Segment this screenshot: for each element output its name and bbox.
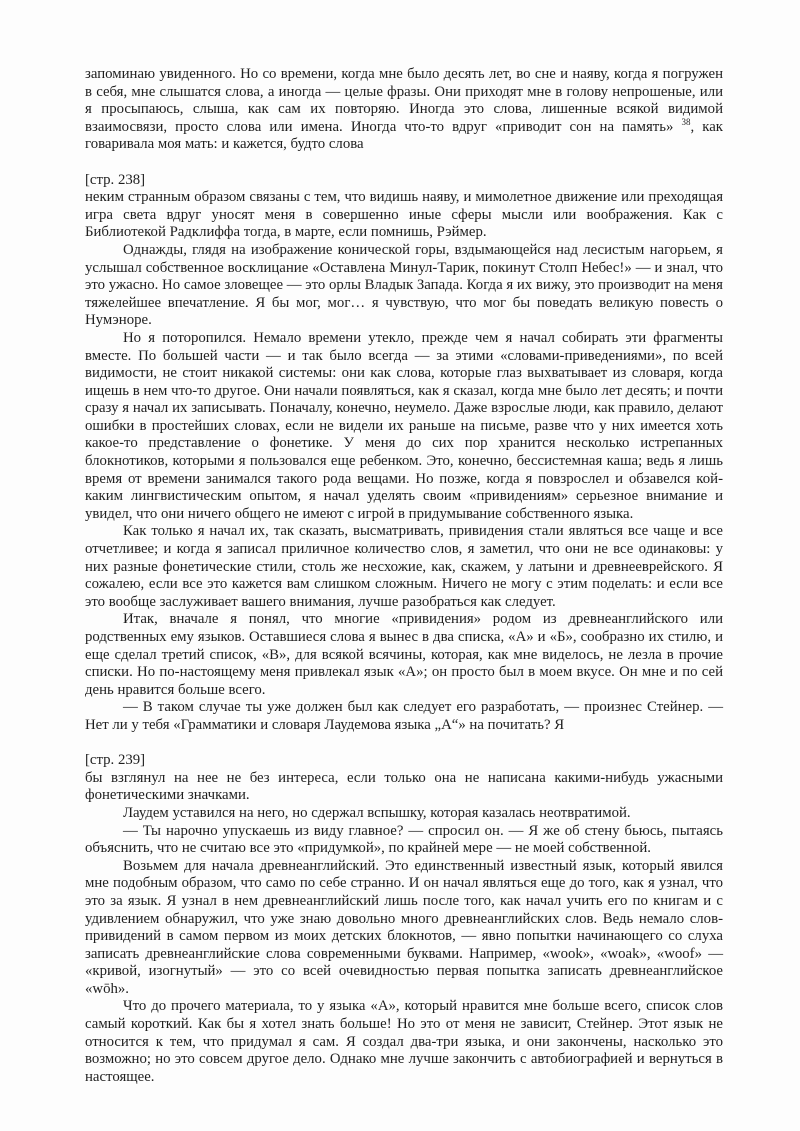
page-marker: [стр. 238]: [85, 172, 723, 190]
text-run: бы взглянул на нее не без интереса, если…: [85, 770, 723, 804]
paragraph: — Ты нарочно упускаешь из виду главное? …: [85, 823, 723, 858]
page-marker: [стр. 239]: [85, 752, 723, 770]
paragraph: Но я поторопился. Немало времени утекло,…: [85, 330, 723, 524]
text-run: Но я поторопился. Немало времени утекло,…: [85, 330, 723, 522]
paragraph: Как только я начал их, так сказать, высм…: [85, 523, 723, 611]
text-run: Лаудем уставился на него, но сдержал всп…: [123, 805, 631, 821]
text-run: [стр. 238]: [85, 172, 145, 188]
text-run: — В таком случае ты уже должен был как с…: [85, 699, 723, 733]
text-run: Возьмем для начала древнеанглийский. Это…: [85, 858, 723, 997]
paragraph: Лаудем уставился на него, но сдержал всп…: [85, 805, 723, 823]
text-run: неким странным образом связаны с тем, чт…: [85, 189, 723, 240]
paragraph: Что до прочего материала, то у языка «А»…: [85, 998, 723, 1086]
text-run: — Ты нарочно упускаешь из виду главное? …: [85, 823, 723, 857]
paragraph: запоминаю увиденного. Но со времени, ког…: [85, 66, 723, 154]
paragraph: Однажды, глядя на изображение конической…: [85, 242, 723, 330]
text-run: Что до прочего материала, то у языка «А»…: [85, 998, 723, 1084]
text-run: Однажды, глядя на изображение конической…: [85, 242, 723, 328]
document-page: запоминаю увиденного. Но со времени, ког…: [0, 0, 800, 1131]
text-run: [стр. 239]: [85, 752, 145, 768]
text-block: запоминаю увиденного. Но со времени, ког…: [85, 66, 723, 1086]
paragraph: неким странным образом связаны с тем, чт…: [85, 189, 723, 242]
text-run: Итак, вначале я понял, что многие «приви…: [85, 611, 723, 697]
paragraph: — В таком случае ты уже должен был как с…: [85, 699, 723, 734]
paragraph: бы взглянул на нее не без интереса, если…: [85, 770, 723, 805]
paragraph: Возьмем для начала древнеанглийский. Это…: [85, 858, 723, 999]
text-run: запоминаю увиденного. Но со времени, ког…: [85, 66, 723, 135]
text-run: Как только я начал их, так сказать, высм…: [85, 523, 723, 609]
paragraph: Итак, вначале я понял, что многие «приви…: [85, 611, 723, 699]
